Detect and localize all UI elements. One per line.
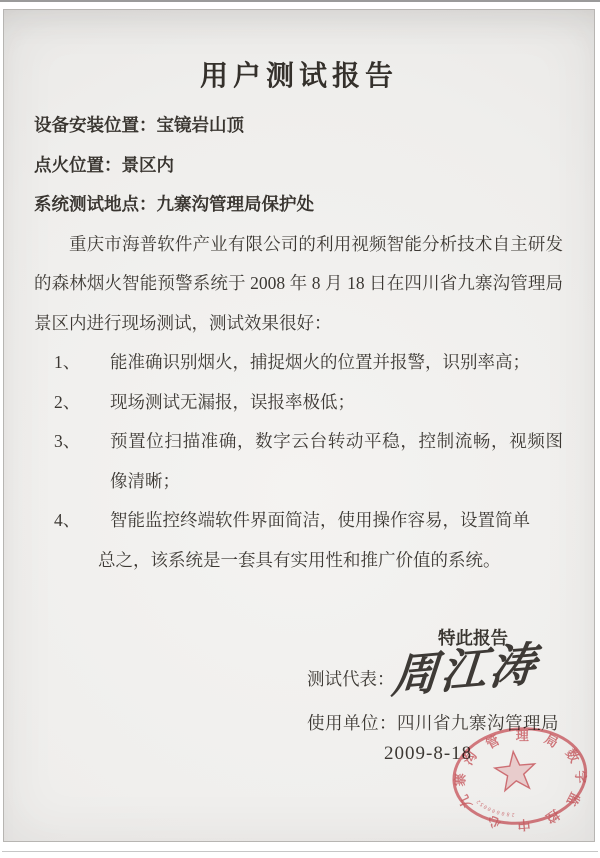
- list-item: 2、现场测试无漏报，误报率极低；: [34, 383, 563, 423]
- using-unit-row: 使用单位：四川省九寨沟管理局: [307, 710, 559, 735]
- report-title: 用户测试报告: [4, 54, 594, 94]
- svg-text:0: 0: [501, 810, 506, 817]
- list-item: 3、预置位扫描准确，数字云台转动平稳，控制流畅，视频图像清晰；: [34, 422, 563, 501]
- svg-text:2: 2: [476, 798, 483, 804]
- svg-text:中: 中: [517, 817, 531, 833]
- field-ignition-location: 点火位置：景区内: [34, 146, 563, 186]
- svg-text:数: 数: [563, 746, 583, 765]
- svg-text:九: 九: [456, 792, 475, 810]
- svg-text:心: 心: [484, 812, 503, 831]
- red-seal-stamp: 九寨沟管理局数字监控中心 250000082: [436, 720, 600, 836]
- svg-text:2: 2: [511, 811, 515, 817]
- svg-text:监: 监: [564, 790, 583, 808]
- item-number: 3、: [54, 422, 80, 462]
- svg-text:0: 0: [487, 805, 493, 812]
- photo-bottom-edge: [2, 851, 598, 852]
- report-date: 2009-8-18: [384, 743, 472, 765]
- stamp-code: 250000082: [475, 795, 515, 821]
- report-paper: 用户测试报告 设备安装位置：宝镜岩山顶 点火位置：景区内 系统测试地点：九寨沟管…: [3, 9, 595, 842]
- item-number: 4、: [54, 501, 80, 541]
- stamp-ring: [449, 722, 590, 829]
- svg-text:0: 0: [496, 808, 501, 815]
- intro-paragraph: 重庆市海普软件产业有限公司的利用视频智能分析技术自主研发的森林烟火智能预警系统于…: [34, 225, 563, 344]
- svg-text:寨: 寨: [452, 773, 468, 787]
- svg-text:0: 0: [491, 807, 497, 814]
- stamp-ring-text: 九寨沟管理局数字监控中心: [447, 721, 594, 836]
- handwritten-signature: 周江涛: [389, 627, 541, 707]
- scanned-report-photo: { "document": { "title": "用户测试报告", "fiel…: [0, 0, 600, 858]
- svg-text:管: 管: [483, 732, 502, 751]
- conclusion-line: 总之，该系统是一套具有实用性和推广价值的系统。: [34, 541, 563, 581]
- field-install-location: 设备安装位置：宝镜岩山顶: [34, 106, 563, 146]
- list-item: 4、智能监控终端软件界面简洁，使用操作容易，设置简单: [34, 501, 563, 541]
- svg-text:8: 8: [506, 810, 510, 816]
- item-number: 2、: [54, 383, 80, 423]
- list-item: 1、能准确识别烟火，捕捉烟火的位置并报警，识别率高；: [34, 343, 563, 383]
- representative-label: 测试代表：: [307, 666, 395, 691]
- svg-text:字: 字: [573, 770, 589, 784]
- svg-text:0: 0: [483, 803, 489, 810]
- field-test-site: 系统测试地点：九寨沟管理局保护处: [34, 185, 563, 225]
- item-number: 1、: [54, 343, 80, 383]
- svg-text:控: 控: [543, 807, 562, 827]
- svg-text:5: 5: [479, 801, 485, 807]
- photo-top-edge: [0, 0, 600, 2]
- star-icon: [493, 749, 537, 791]
- report-body: 设备安装位置：宝镜岩山顶 点火位置：景区内 系统测试地点：九寨沟管理局保护处 重…: [34, 106, 563, 580]
